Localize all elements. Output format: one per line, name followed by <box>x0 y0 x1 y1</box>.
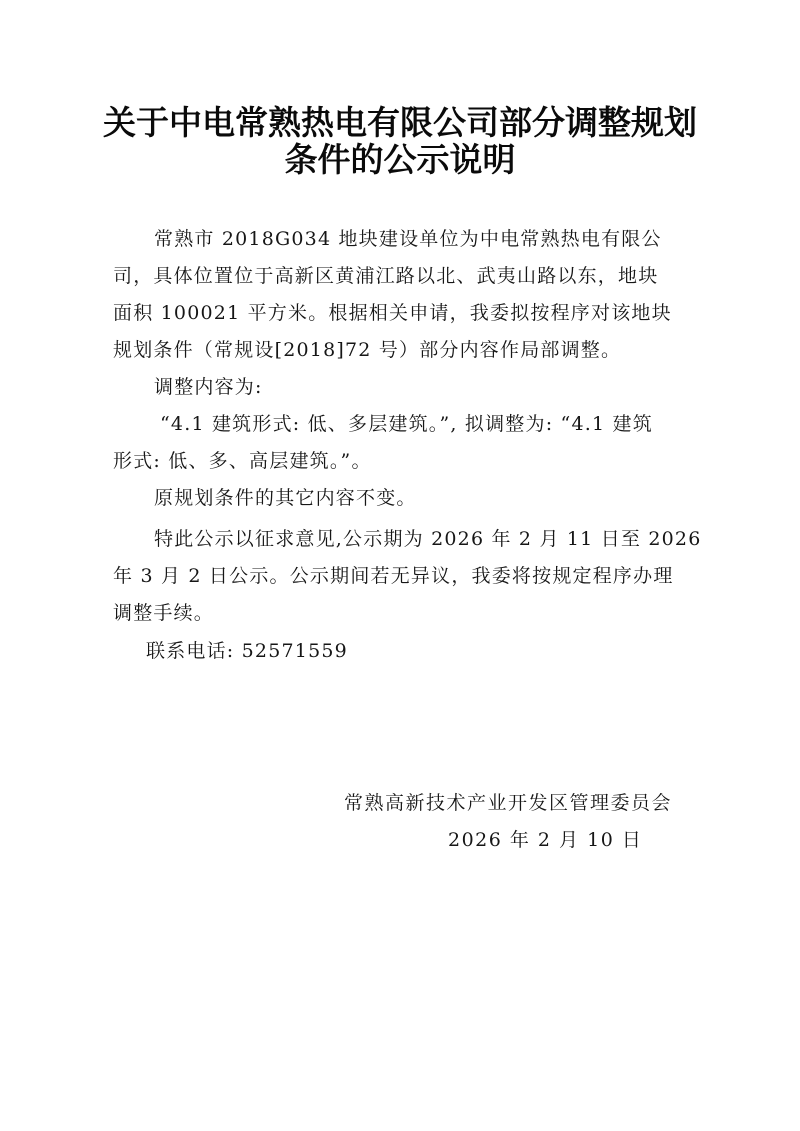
signature-organization: 常熟高新技术产业开发区管理委员会 <box>344 790 672 816</box>
document-title-line-2: 条件的公示说明 <box>0 140 800 180</box>
paragraph-5-line-2: 年 3 月 2 日公示。公示期间若无异议，我委将按规定程序办理 <box>113 563 674 589</box>
paragraph-5-line-1: 特此公示以征求意见,公示期为 2026 年 2 月 11 日至 2026 <box>154 526 702 552</box>
paragraph-1-line-3: 面积 100021 平方米。根据相关申请，我委拟按程序对该地块 <box>113 300 672 326</box>
document-title-line-1: 关于中电常熟热电有限公司部分调整规划 <box>0 103 800 143</box>
paragraph-3-line-1: “4.1 建筑形式: 低、多层建筑。”, 拟调整为: “4.1 建筑 <box>160 411 653 437</box>
signature-date: 2026 年 2 月 10 日 <box>448 827 642 853</box>
paragraph-3-line-2: 形式: 低、多、高层建筑。”。 <box>113 448 372 474</box>
paragraph-1-line-4: 规划条件（常规设[2018]72 号）部分内容作局部调整。 <box>113 337 621 363</box>
paragraph-5-line-3: 调整手续。 <box>113 600 214 626</box>
paragraph-4-line-1: 原规划条件的其它内容不变。 <box>154 485 417 511</box>
contact-phone: 联系电话: 52571559 <box>146 638 348 664</box>
paragraph-1-line-2: 司，具体位置位于高新区黄浦江路以北、武夷山路以东，地块 <box>113 263 658 289</box>
adjustment-heading: 调整内容为: <box>154 374 263 400</box>
paragraph-1-line-1: 常熟市 2018G034 地块建设单位为中电常熟热电有限公 <box>154 226 662 252</box>
document-page: 关于中电常熟热电有限公司部分调整规划 条件的公示说明 常熟市 2018G034 … <box>0 0 800 1131</box>
